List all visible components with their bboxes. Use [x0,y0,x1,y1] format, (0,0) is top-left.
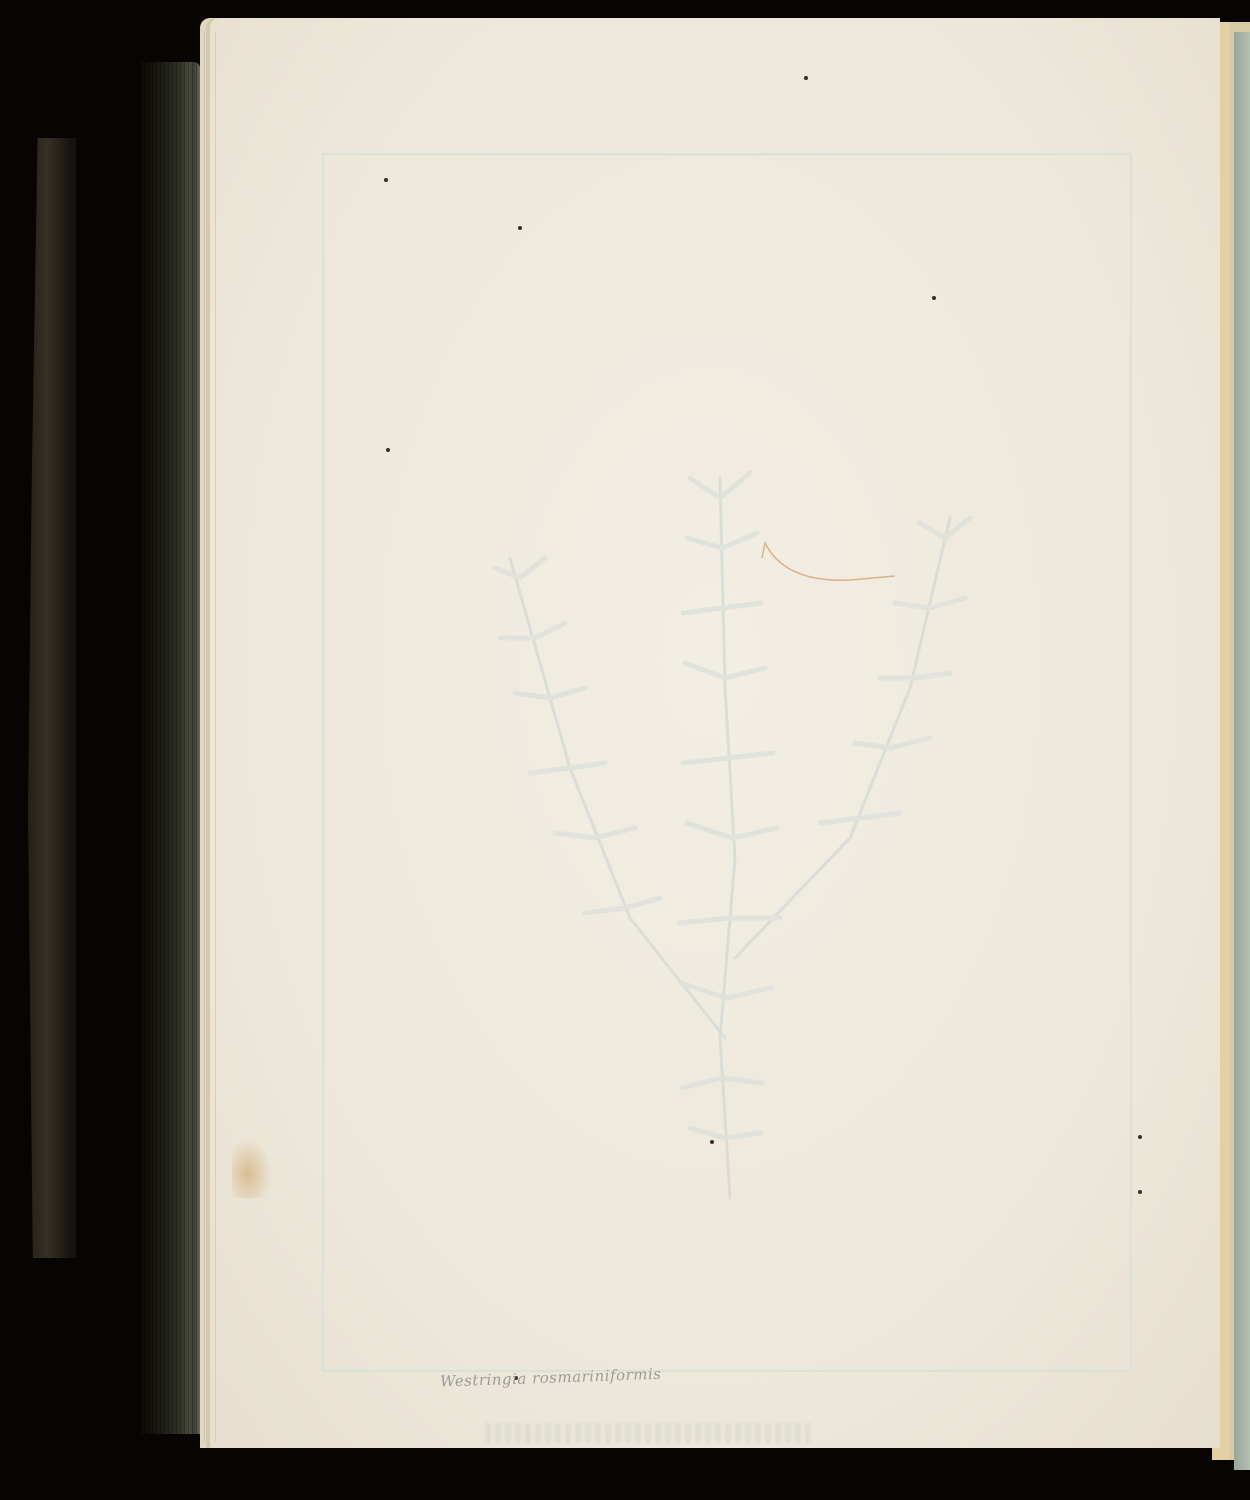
green-leaf-edge [1234,32,1250,1470]
foxing-stain [232,1138,272,1198]
pencil-mark-arc [760,538,900,598]
page-fold-lines [204,32,216,1442]
page-edges-stack [140,62,200,1434]
paper-speck [518,226,522,230]
book-scan: Westringia rosmariniformis [0,0,1250,1500]
plant-illustration [450,438,1010,1238]
book-page [200,18,1220,1448]
paper-speck [1138,1135,1142,1139]
paper-speck [1138,1190,1142,1194]
paper-speck [932,296,936,300]
paper-speck [710,1140,714,1144]
paper-speck [804,76,808,80]
offset-ghost-text [485,1423,815,1443]
paper-speck [384,178,388,182]
paper-speck [386,448,390,452]
torn-endpaper [28,138,76,1258]
